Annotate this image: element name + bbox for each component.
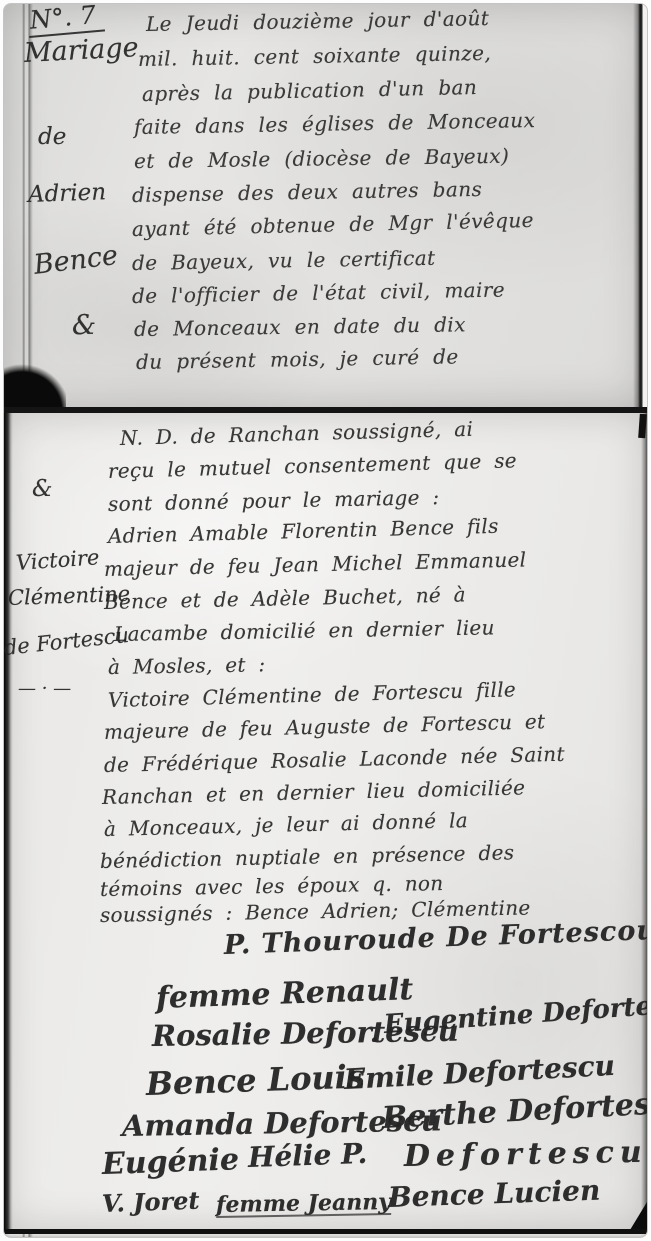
scan-seam-divider [4, 407, 647, 413]
record-line: et de Mosle (diocèse de Bayeux) [134, 146, 510, 171]
record-line: de l'officier de l'état civil, maire [132, 279, 505, 306]
signature: Defortescu [404, 1138, 647, 1172]
scanned-marriage-record: N°. 7 Mariage de Adrien Bence & Le Jeudi… [4, 4, 647, 1237]
record-line: faite dans les églises de Monceaux [134, 110, 536, 137]
record-line: Lacambe domicilié en dernier lieu [114, 617, 495, 644]
scan-dark-corner-artifact [4, 360, 66, 408]
signature: Eugénie [101, 1145, 239, 1180]
signature: V. Joret [102, 1189, 200, 1216]
signature: Bence Lucien [388, 1177, 601, 1212]
signature: Bence Louis [145, 1060, 365, 1100]
record-line: mil. huit. cent soixante quinze, [138, 43, 491, 69]
record-line: témoins avec les époux q. non [100, 873, 444, 899]
signature: femme Renault [155, 975, 413, 1014]
margin-note-ampersand-1: & [72, 312, 96, 339]
record-line: dispense des deux autres bans [132, 179, 482, 205]
record-line: Le Jeudi douzième jour d'août [146, 8, 490, 34]
margin-note-ampersand-2: & [32, 478, 52, 501]
margin-note-dash: — · — [18, 680, 71, 698]
record-line: du présent mois, je curé de [136, 346, 459, 372]
record-line: à Mosles, et : [108, 654, 266, 677]
page1-right-edge-shadow [633, 4, 647, 408]
record-line: de Monceaux en date du dix [134, 314, 466, 339]
margin-note-bride-firstname: Victoire [15, 547, 100, 574]
margin-note-de: de [38, 126, 66, 149]
record-line: après la publication d'un ban [142, 77, 478, 104]
signature: femme Jeanny [216, 1191, 392, 1218]
margin-note-mariage: Mariage [23, 34, 139, 67]
margin-note-groom-firstname: Adrien [28, 181, 107, 207]
record-line: de Bayeux, vu le certificat [132, 248, 436, 273]
scan-bottom-edge [4, 1229, 647, 1234]
record-line: sont donné pour le mariage : [108, 487, 440, 514]
signature-separator-dot: · [370, 1028, 378, 1052]
screenshot-root: N°. 7 Mariage de Adrien Bence & Le Jeudi… [0, 0, 651, 1241]
signature: Hélie P. [248, 1140, 368, 1172]
page2-left-edge-shadow [4, 412, 13, 1229]
